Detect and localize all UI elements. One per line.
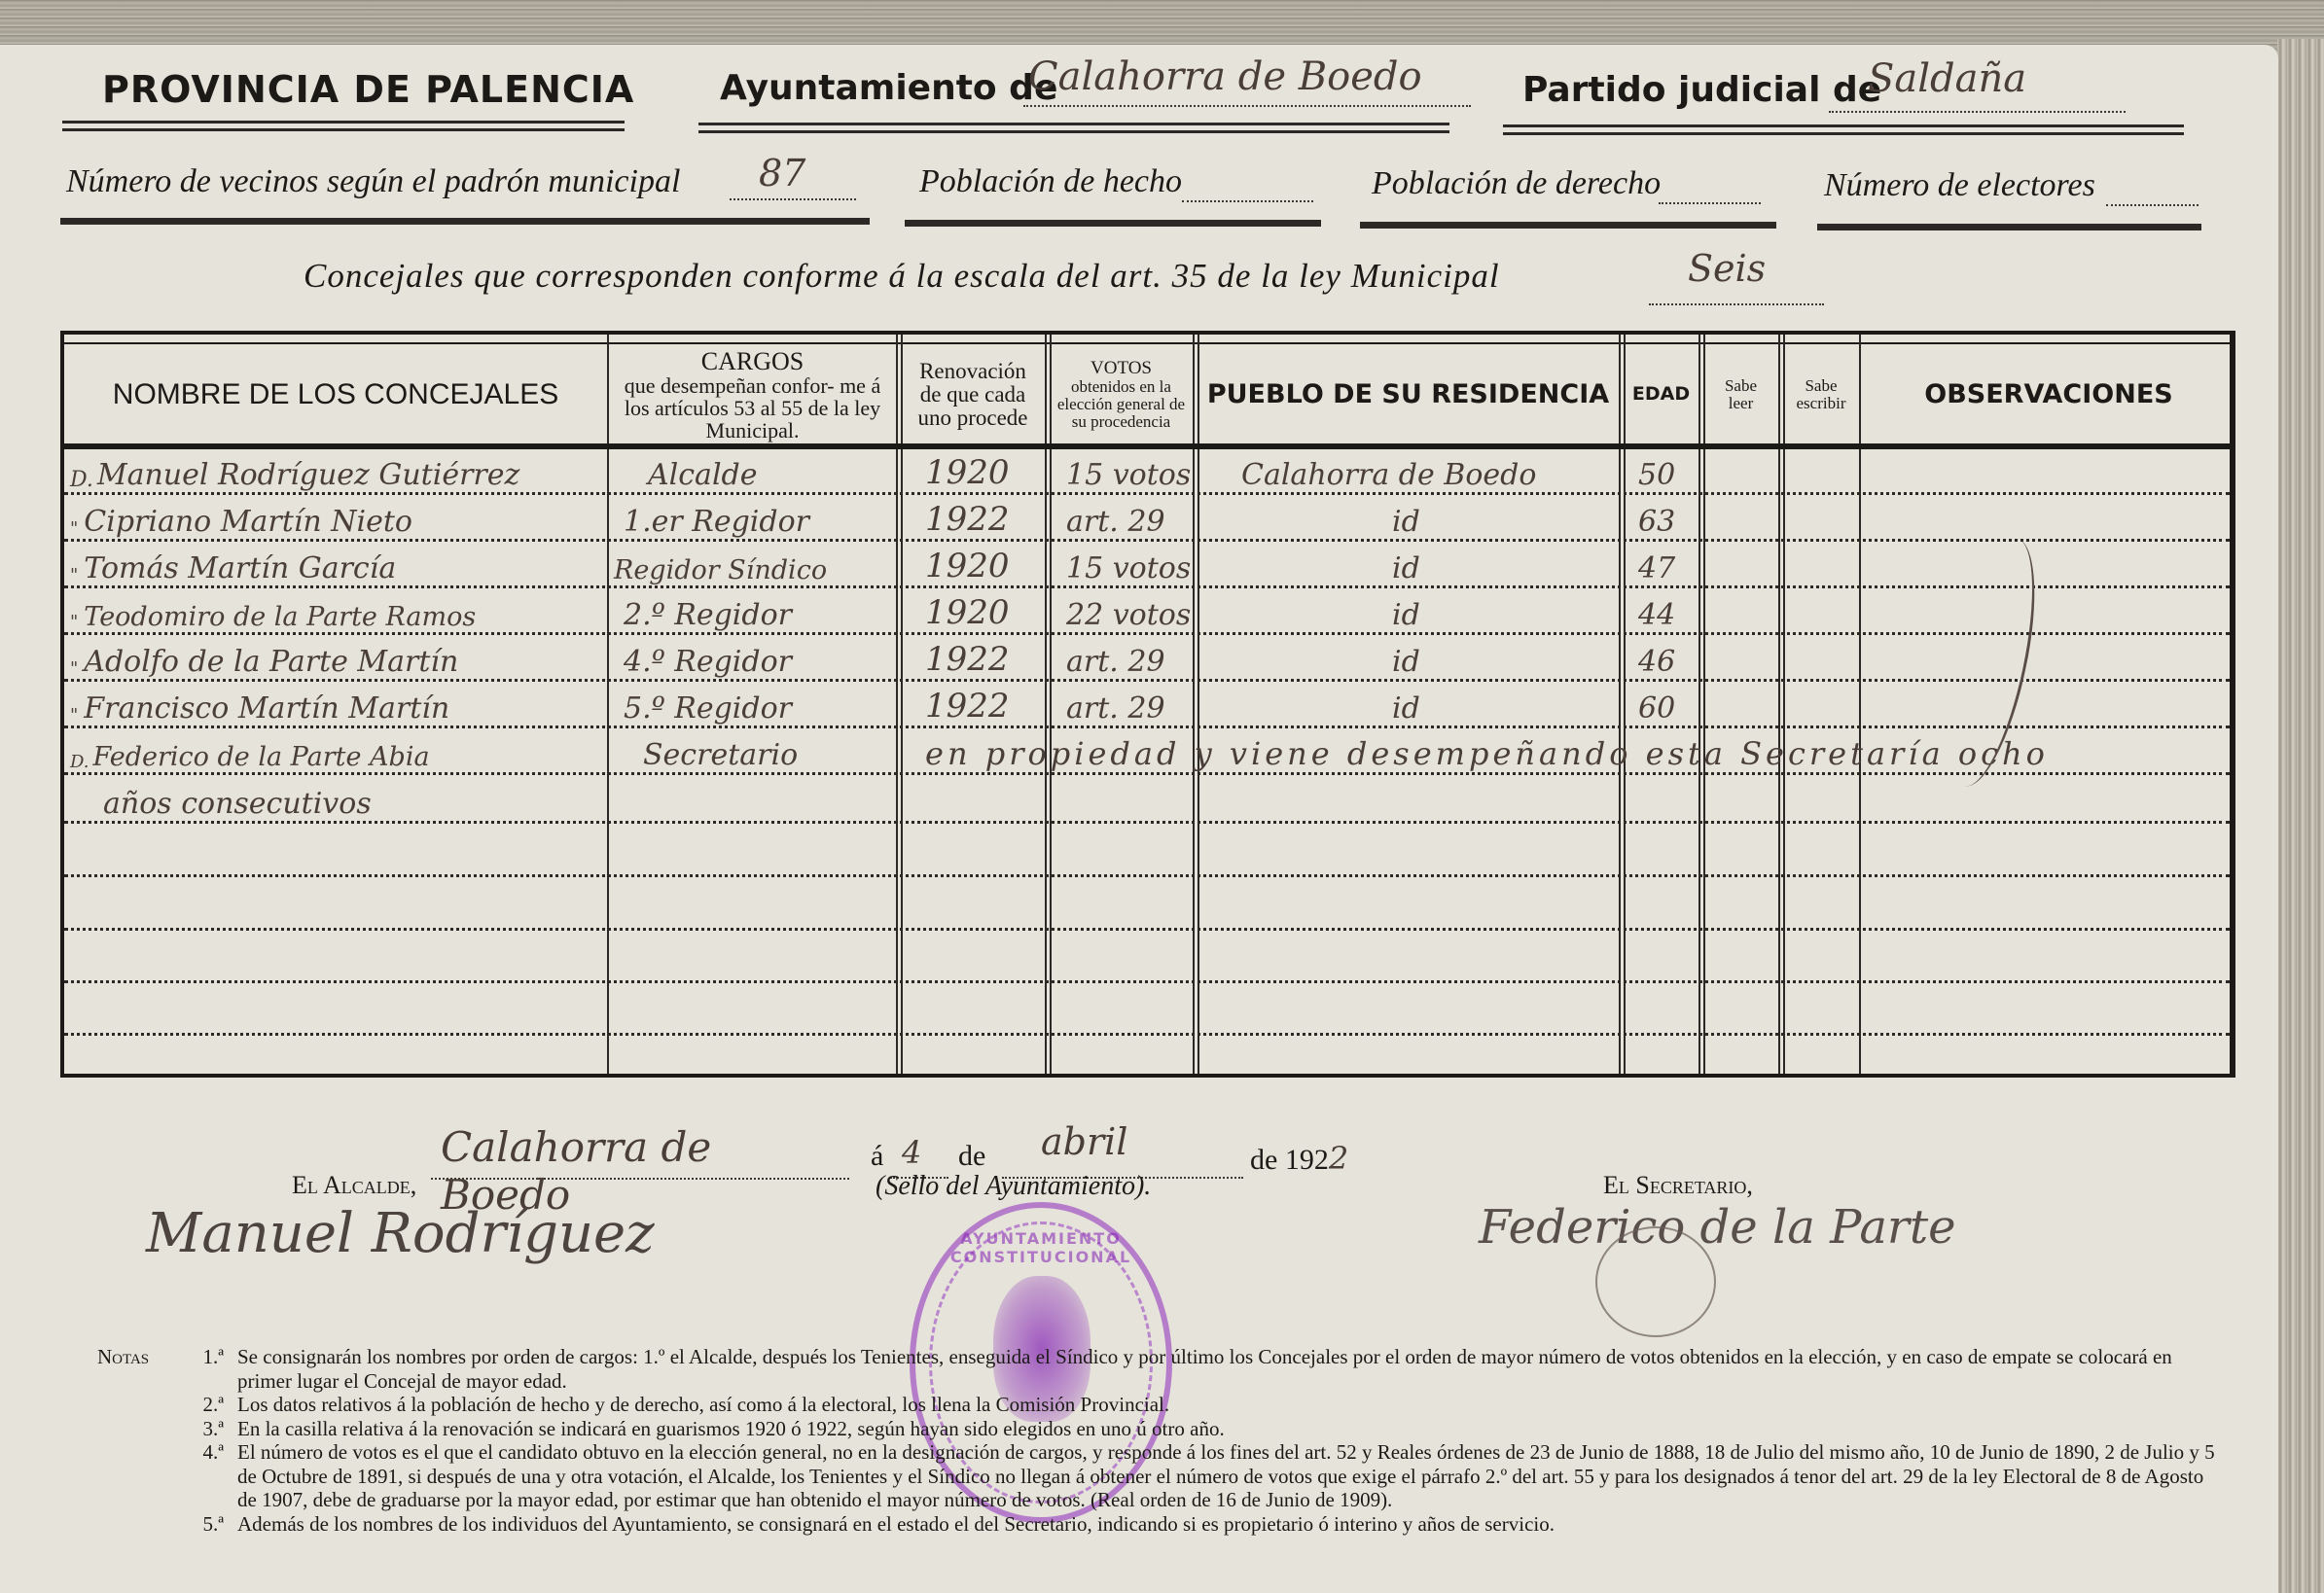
note-item: 2.ª Los datos relativos á la población d… [97,1393,2218,1417]
partido-label: Partido judicial de [1522,70,1881,110]
note-number: 2.ª [161,1393,237,1417]
table-row-3-pueblo: id [1392,589,1420,636]
councillor-name: Manuel Rodríguez Gutiérrez [97,458,519,492]
note-text: Además de los nombres de los individuos … [237,1512,2218,1537]
secretary-name: Federico de la Parte Abia [93,742,430,772]
table-row-2-nombre: " Tomás Martín García [70,543,605,589]
note-number: 4.ª [161,1440,237,1512]
table-row-4-votos: art. 29 [1066,636,1165,683]
note-text: El número de votos es el que el candidat… [237,1440,2218,1512]
table-row-5-nombre: " Francisco Martín Martín [70,683,605,729]
divider [698,123,1449,133]
poblacion-hecho-label: Población de hecho [919,163,1182,200]
header-votos-sub: obtenidos en la elección general de su p… [1055,378,1187,431]
date-a-label: á [871,1140,883,1173]
row-prefix: " [70,658,78,679]
partido-value: Saldaña [1868,56,2026,101]
header-cargos-sub: que desempeñan confor- me á los artículo… [617,374,889,442]
place-field: Calahorra de Boedo [431,1129,849,1180]
table-row-4-nombre: " Adolfo de la Parte Martín [70,636,605,683]
secretary-row-nombre: D. Federico de la Parte Abia [70,729,605,776]
poblacion-hecho-field [1182,171,1313,202]
table-row-4-pueblo: id [1392,636,1420,683]
councillor-name: Francisco Martín Martín [84,691,449,726]
table-row-2-cargo: Regidor Síndico [614,543,827,589]
table-row-5-edad: 60 [1638,683,1675,729]
note-text: Se consignarán los nombres por orden de … [237,1345,2218,1393]
note-item: 5.ª Además de los nombres de los individ… [97,1512,2218,1537]
councillor-name: Adolfo de la Parte Martín [84,645,458,679]
document-page: PROVINCIA DE PALENCIA Ayuntamiento de Ca… [0,45,2278,1593]
table-row-0-edad: 50 [1638,449,1675,496]
header-nombre: NOMBRE DE LOS CONCEJALES [64,348,607,442]
secretary-row-observation: en propiedad y viene desempeñando esta S… [925,729,2049,776]
header-observaciones: OBSERVACIONES [1864,348,2234,442]
table-row-3-renovacion: 1920 [925,589,1010,636]
table-row-1-cargo: 1.er Regidor [624,496,809,543]
table-row-5-votos: art. 29 [1066,683,1165,729]
note-item: Notas 1.ª Se consignarán los nombres por… [97,1345,2218,1393]
row-divider [64,928,2230,931]
poblacion-derecho-field [1659,173,1761,204]
province-title: PROVINCIA DE PALENCIA [102,68,634,111]
row-prefix: " [70,565,78,585]
table-row-2-pueblo: id [1392,543,1420,589]
partido-field: Saldaña [1829,60,2126,113]
note-item: 3.ª En la casilla relativa á la renovaci… [97,1417,2218,1441]
table-row-1-renovacion: 1922 [925,496,1010,543]
vecinos-label: Número de vecinos según el padrón munici… [66,163,680,200]
poblacion-derecho-label: Población de derecho [1372,165,1661,202]
year-suffix: 2 [1329,1140,1348,1177]
note-text: Los datos relativos á la población de he… [237,1393,2218,1417]
notes-title: Notas [97,1345,161,1393]
row-prefix: D. [70,752,89,772]
header-votos-title: VOTOS [1090,359,1152,378]
table-row-1-votos: art. 29 [1066,496,1165,543]
table-row-2-edad: 47 [1638,543,1675,589]
table-row-3-cargo: 2.º Regidor [624,589,792,636]
table-row-3-nombre: " Teodomiro de la Parte Ramos [70,589,605,636]
councillor-name: Cipriano Martín Nieto [84,505,412,539]
table-row-0-votos: 15 votos [1066,449,1191,496]
councillor-name: Tomás Martín García [84,551,396,585]
header-cargos-title: CARGOS [701,348,804,374]
table-row-3-votos: 22 votos [1066,589,1191,636]
note-text: En la casilla relativa á la renovación s… [237,1417,2218,1441]
table-row-0-nombre: D. Manuel Rodríguez Gutiérrez [70,449,605,496]
note-number: 1.ª [161,1345,237,1393]
row-prefix: " [70,612,78,632]
row-divider [64,980,2230,983]
table-row-1-edad: 63 [1638,496,1675,543]
header-cargos: CARGOS que desempeñan confor- me á los a… [609,348,896,442]
table-row-1-pueblo: id [1392,496,1420,543]
concejales-field: Seis [1649,261,1824,305]
vecinos-value: 87 [759,152,805,195]
table-row-5-pueblo: id [1392,683,1420,729]
row-divider [64,1033,2230,1036]
divider [1360,222,1776,229]
book-right-edge [2277,39,2324,1593]
divider [1503,124,2184,135]
table-row-0-pueblo: Calahorra de Boedo [1241,449,1536,496]
note-item: 4.ª El número de votos es el que el cand… [97,1440,2218,1512]
table-row-3-edad: 44 [1638,589,1675,636]
notes-section: Notas 1.ª Se consignarán los nombres por… [97,1345,2218,1536]
header-renovacion: Renovación de que cada uno procede [901,348,1045,442]
concejales-value: Seis [1688,247,1766,290]
table-row-4-renovacion: 1922 [925,636,1010,683]
table-row-0-cargo: Alcalde [648,449,758,496]
table-row-5-renovacion: 1922 [925,683,1010,729]
concejales-table: NOMBRE DE LOS CONCEJALES CARGOS que dese… [60,331,2235,1078]
note-number: 3.ª [161,1417,237,1441]
secretary-row-cargo: Secretario [643,729,798,776]
header-sabe-leer: Sabe leer [1703,348,1778,442]
row-divider [64,874,2230,877]
table-top-rule [64,342,2230,344]
vecinos-field: 87 [730,159,856,200]
note-number: 5.ª [161,1512,237,1537]
date-de-label: de [958,1140,985,1173]
header-votos: VOTOS obtenidos en la elección general d… [1050,348,1193,442]
table-row-5-cargo: 5.º Regidor [624,683,792,729]
sello-label: (Sello del Ayuntamiento). [876,1171,1151,1202]
alcalde-label: El Alcalde, [292,1171,416,1200]
table-row-4-cargo: 4.º Regidor [624,636,792,683]
ayuntamiento-field: Calahorra de Boedo [1023,56,1471,107]
secretario-label: El Secretario, [1603,1171,1753,1200]
secretario-signature: Federico de la Parte [1479,1200,1956,1255]
table-row-2-renovacion: 1920 [925,543,1010,589]
divider [60,218,870,225]
councillor-name: Teodomiro de la Parte Ramos [84,602,476,632]
electores-field [2106,175,2199,206]
ayuntamiento-label: Ayuntamiento de [720,68,1057,108]
alcalde-signature: Manuel Rodríguez [146,1202,655,1265]
row-divider [64,821,2230,824]
header-pueblo: PUEBLO DE SU RESIDENCIA [1198,348,1619,442]
table-row-4-edad: 46 [1638,636,1675,683]
header-sabe-escribir: Sabe escribir [1783,348,1859,442]
row-prefix: D. [70,468,93,492]
table-row-1-nombre: " Cipriano Martín Nieto [70,496,605,543]
table-row-2-votos: 15 votos [1066,543,1191,589]
day-value: 4 [902,1134,921,1171]
concejales-label: Concejales que corresponden conforme á l… [304,257,1500,296]
divider [62,121,625,131]
row-prefix: " [70,518,78,539]
divider [905,220,1321,227]
header-edad: EDAD [1624,348,1698,442]
ayuntamiento-value: Calahorra de Boedo [1028,54,1422,99]
year-prefix: de 192 [1250,1144,1329,1176]
divider [1817,224,2201,230]
electores-label: Número de electores [1824,167,2095,204]
year-label: de 1922 [1250,1140,1348,1177]
rubric-flourish [1595,1226,1716,1337]
row-prefix: " [70,705,78,726]
table-row-0-renovacion: 1920 [925,449,1010,496]
secretary-row-continuation: años consecutivos [103,778,372,825]
month-value: abril [1041,1120,1127,1163]
